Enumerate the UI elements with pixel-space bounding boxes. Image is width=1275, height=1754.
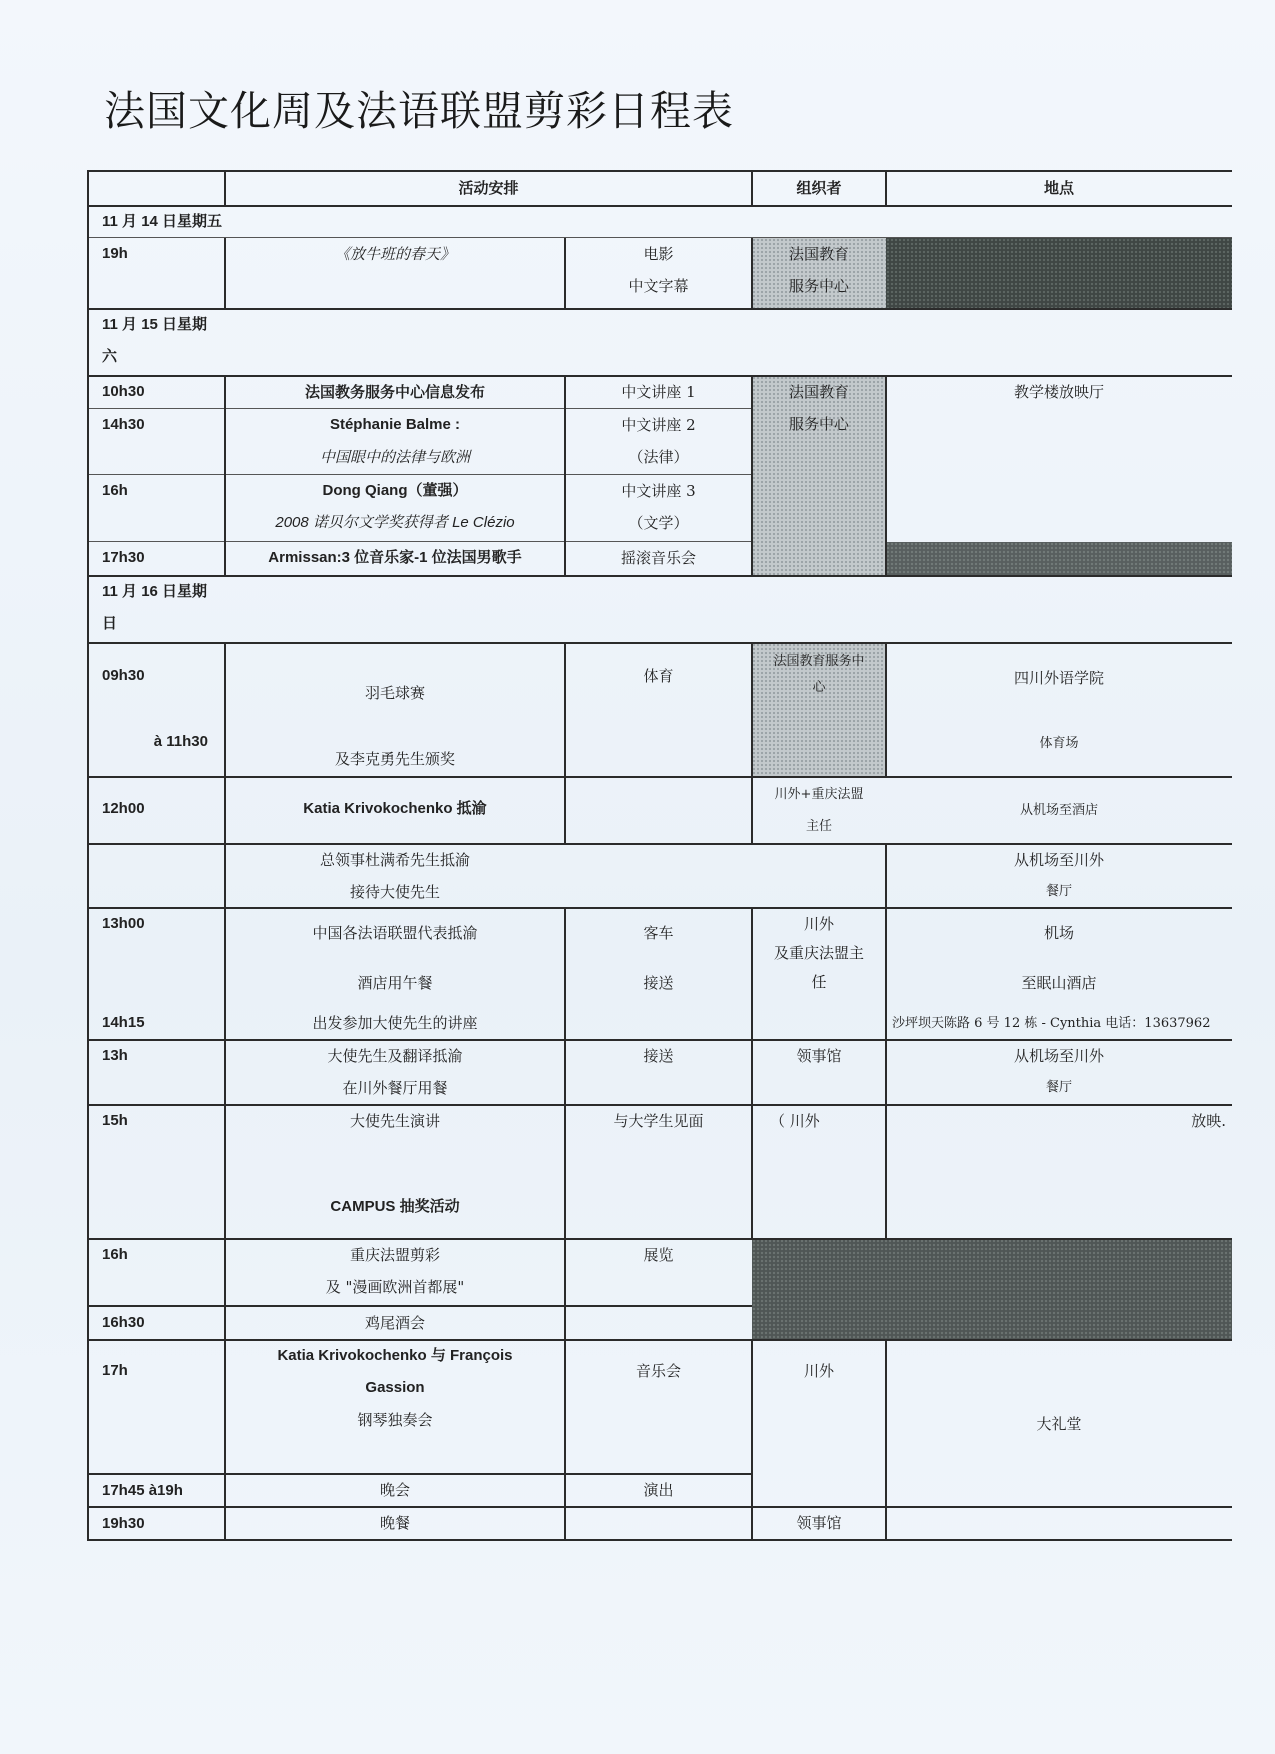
- row-organizer: 法国教育服务中心: [752, 238, 886, 302]
- row-organizer: 领事馆: [752, 1040, 886, 1072]
- row-activity: Katia Krivokochenko 与 FrançoisGassion钢琴独…: [225, 1340, 565, 1436]
- page-title: 法国文化周及法语联盟剪彩日程表: [104, 78, 734, 137]
- row-activity: 重庆法盟剪彩及 "漫画欧洲首都展": [225, 1239, 565, 1303]
- row-time: 12h00: [88, 793, 225, 825]
- row-location: 大礼堂: [886, 1408, 1232, 1440]
- row-time: 10h30: [88, 376, 225, 408]
- row-activity: 晚会: [225, 1474, 565, 1507]
- row-type: 展览: [565, 1239, 752, 1271]
- row-time: 14h30: [88, 409, 225, 441]
- row-type: 电影中文字幕: [565, 238, 752, 302]
- row-time-end: à 11h30: [88, 726, 208, 758]
- row-time: 13h00: [88, 908, 225, 940]
- row-type: 接送: [565, 1040, 752, 1072]
- row-location: 从机场至川外餐厅: [886, 844, 1232, 908]
- row-activity: 中国各法语联盟代表抵渝酒店用午餐出发参加大使先生的讲座: [225, 908, 565, 1038]
- day-header: 11 月 16 日星期日: [88, 576, 488, 640]
- row-activity: 《放牛班的春天》: [225, 238, 565, 270]
- row-activity: Stéphanie Balme :中国眼中的法律与欧洲: [225, 409, 565, 473]
- row-organizer: 川外: [752, 1355, 886, 1387]
- row-location: 机场至眠山酒店: [886, 908, 1232, 1008]
- row-type: 中文讲座 1: [565, 376, 752, 408]
- row-time: 16h: [88, 475, 225, 507]
- row-type: 客车接送: [565, 908, 752, 1008]
- row-time: 19h: [88, 238, 225, 270]
- row-type: 体育: [565, 660, 752, 692]
- row-activity: 法国教务服务中心信息发布: [225, 376, 565, 408]
- row-type: 音乐会: [565, 1355, 752, 1387]
- row-activity: 大使先生演讲CAMPUS 抽奖活动: [225, 1105, 565, 1223]
- row-activity: 总领事杜满希先生抵渝接待大使先生: [225, 844, 565, 908]
- row-time: 15h: [88, 1105, 225, 1137]
- row-type: 摇滚音乐会: [565, 542, 752, 574]
- row-organizer: 法国教育服务中心: [752, 646, 886, 698]
- obscured-location-cell: [886, 238, 1232, 309]
- row-activity: Katia Krivokochenko 抵渝: [225, 793, 565, 825]
- row-location-address: 沙坪坝天陈路 6 号 12 栋 - Cynthia 电话：13637962: [892, 1008, 1232, 1040]
- row-organizer: 法国教育服务中心: [752, 376, 886, 440]
- row-organizer: 领事馆: [752, 1507, 886, 1540]
- row-type: 中文讲座 3（文学）: [565, 475, 752, 539]
- row-time: 17h: [88, 1355, 225, 1387]
- header-location: 地点: [886, 172, 1232, 204]
- row-type: 与大学生见面: [565, 1105, 752, 1137]
- row-location: 教学楼放映厅: [886, 376, 1232, 408]
- day-header: 11 月 14 日星期五: [88, 206, 488, 238]
- row-location: 放映.: [886, 1105, 1226, 1137]
- row-type: 中文讲座 2（法律）: [565, 409, 752, 473]
- row-time: 16h: [88, 1239, 225, 1271]
- row-time: 19h30: [88, 1507, 225, 1540]
- row-organizer: （ 川外: [770, 1105, 886, 1137]
- row-time: 17h30: [88, 542, 225, 574]
- row-time: 16h30: [88, 1306, 225, 1340]
- row-organizer: 川外及重庆法盟主任: [752, 910, 886, 997]
- row-activity: 鸡尾酒会: [225, 1306, 565, 1340]
- header-organizer: 组织者: [752, 172, 886, 204]
- row-activity: Dong Qiang（董强）2008 诺贝尔文学奖获得者 Le Clézio: [225, 475, 565, 539]
- row-location: 从机场至酒店: [886, 795, 1232, 827]
- obscured-organizer-location-cell: [752, 1239, 1232, 1340]
- row-activity: 大使先生及翻译抵渝在川外餐厅用餐: [225, 1040, 565, 1104]
- row-time: 09h30: [88, 660, 225, 692]
- row-time: 17h45 à19h: [88, 1474, 225, 1507]
- row-location: 从机场至川外餐厅: [886, 1040, 1232, 1104]
- row-activity: 晚餐: [225, 1507, 565, 1540]
- row-organizer: 川外+重庆法盟主任: [752, 779, 886, 843]
- row-time: 13h: [88, 1040, 225, 1072]
- row-time-end: 14h15: [88, 1007, 225, 1039]
- row-location: 四川外语学院体育场: [886, 662, 1232, 760]
- row-activity: 羽毛球赛及李克勇先生颁奖: [225, 660, 565, 792]
- day-header: 11 月 15 日星期六: [88, 309, 488, 373]
- header-activity: 活动安排: [225, 172, 752, 204]
- row-activity: Armissan:3 位音乐家-1 位法国男歌手: [225, 542, 565, 574]
- obscured-location-cell: [886, 542, 1232, 576]
- row-type: 演出: [565, 1474, 752, 1507]
